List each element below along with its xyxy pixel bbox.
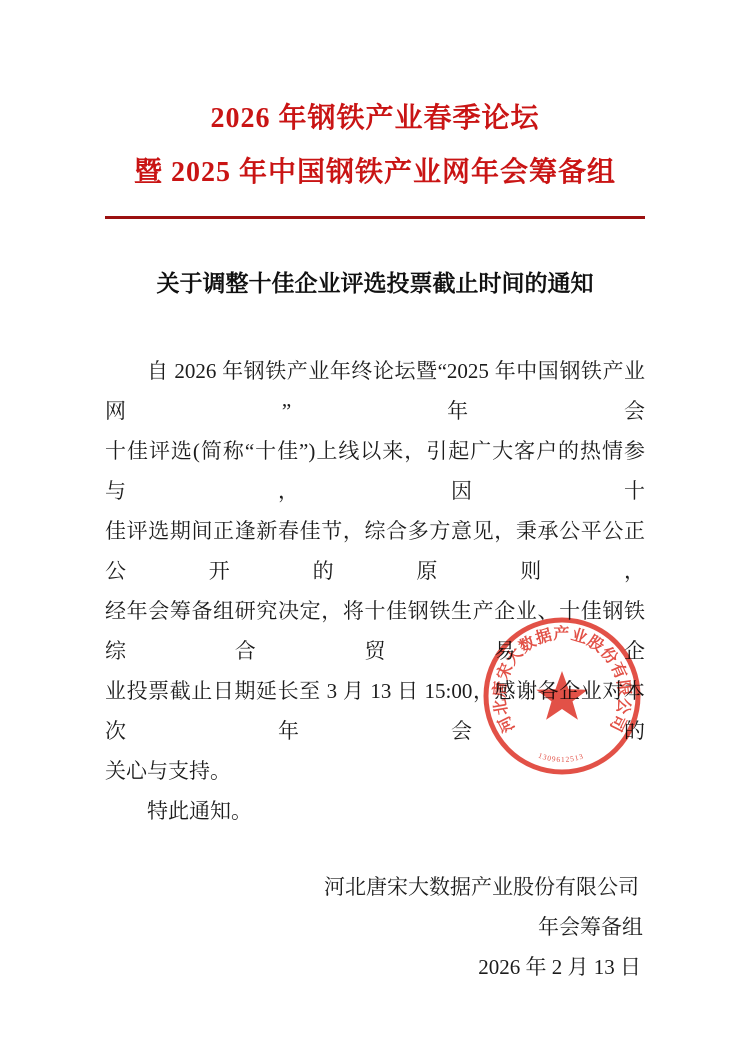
body-line: 经年会筹备组研究决定，将十佳钢铁生产企业、十佳钢铁综合贸易企 — [105, 591, 645, 671]
signature-company: 河北唐宋大数据产业股份有限公司 — [105, 867, 645, 907]
letterhead-title-line2: 暨 2025 年中国钢铁产业网年会筹备组 — [0, 146, 750, 200]
notice-body: 自 2026 年钢铁产业年终论坛暨“2025 年中国钢铁产业网”年会 十佳评选(… — [105, 351, 645, 831]
notice-title: 关于调整十佳企业评选投票截止时间的通知 — [0, 269, 750, 299]
signature-group: 年会筹备组 — [105, 907, 645, 947]
body-line: 佳评选期间正逢新春佳节，综合多方意见，秉承公平公正公开的原则， — [105, 511, 645, 591]
document-page: 2026 年钢铁产业春季论坛 暨 2025 年中国钢铁产业网年会筹备组 关于调整… — [0, 0, 750, 1061]
body-line: 十佳评选(简称“十佳”)上线以来，引起广大客户的热情参与，因十 — [105, 431, 645, 511]
letterhead: 2026 年钢铁产业春季论坛 暨 2025 年中国钢铁产业网年会筹备组 — [0, 0, 750, 219]
body-line: 关心与支持。 — [105, 751, 645, 791]
body-line: 业投票截止日期延长至 3 月 13 日 15:00，感谢各企业对本次年会的 — [105, 671, 645, 751]
letterhead-divider — [105, 216, 645, 219]
closing-line: 特此通知。 — [105, 791, 645, 831]
signature-date: 2026 年 2 月 13 日 — [105, 947, 645, 987]
signature-block: 河北唐宋大数据产业股份有限公司 年会筹备组 2026 年 2 月 13 日 — [105, 867, 645, 987]
letterhead-title-line1: 2026 年钢铁产业春季论坛 — [0, 92, 750, 146]
body-line: 自 2026 年钢铁产业年终论坛暨“2025 年中国钢铁产业网”年会 — [105, 351, 645, 431]
